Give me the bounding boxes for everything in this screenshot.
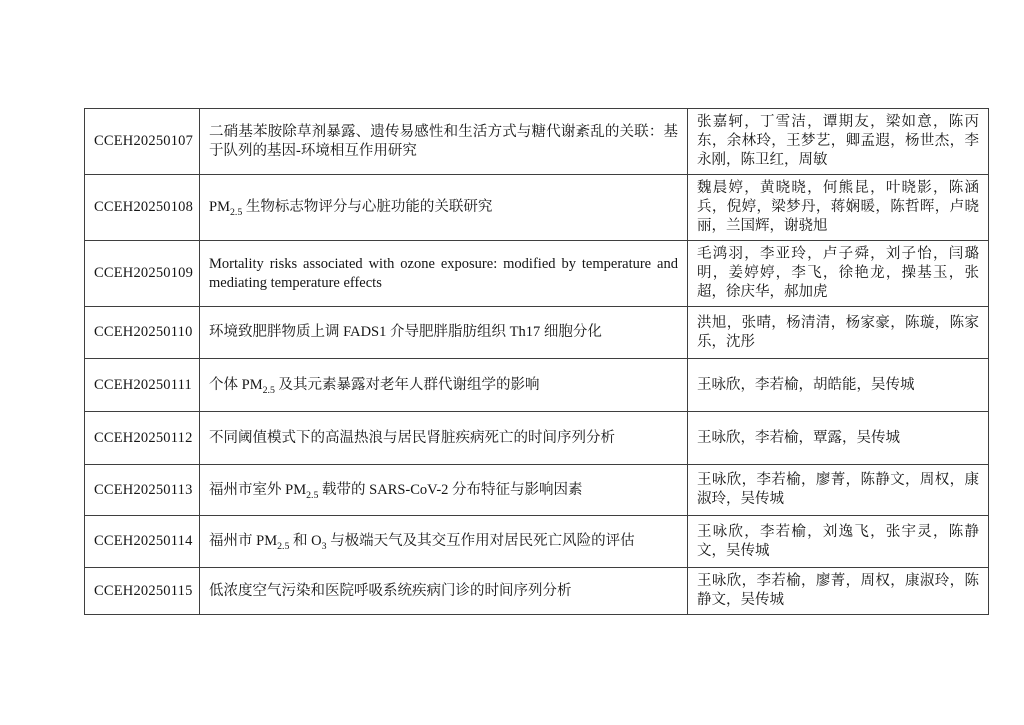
submission-authors: 王咏欣，李若榆，胡皓能，吴传城 xyxy=(688,359,989,412)
submission-id: CCEH20250114 xyxy=(85,516,200,568)
submission-authors: 洪旭，张晴，杨清清，杨家豪，陈璇，陈家乐，沈彤 xyxy=(688,307,989,359)
submission-authors: 王咏欣，李若榆，覃露，吴传城 xyxy=(688,412,989,465)
submissions-table-body: CCEH20250107 二硝基苯胺除草剂暴露、遗传易感性和生活方式与糖代谢紊乱… xyxy=(85,109,989,615)
submission-title: 福州市 PM2.5 和 O3 与极端天气及其交互作用对居民死亡风险的评估 xyxy=(200,516,688,568)
submission-id: CCEH20250115 xyxy=(85,568,200,615)
document-page: CCEH20250107 二硝基苯胺除草剂暴露、遗传易感性和生活方式与糖代谢紊乱… xyxy=(0,0,1024,725)
submission-title: PM2.5 生物标志物评分与心脏功能的关联研究 xyxy=(200,175,688,241)
submission-authors: 王咏欣，李若榆，廖菁，陈静文，周权，康淑玲，吴传城 xyxy=(688,465,989,516)
submission-id: CCEH20250109 xyxy=(85,241,200,307)
table-row: CCEH20250115 低浓度空气污染和医院呼吸系统疾病门诊的时间序列分析 王… xyxy=(85,568,989,615)
submission-id: CCEH20250112 xyxy=(85,412,200,465)
submission-title: 低浓度空气污染和医院呼吸系统疾病门诊的时间序列分析 xyxy=(200,568,688,615)
submission-title: 不同阈值模式下的高温热浪与居民肾脏疾病死亡的时间序列分析 xyxy=(200,412,688,465)
submissions-table: CCEH20250107 二硝基苯胺除草剂暴露、遗传易感性和生活方式与糖代谢紊乱… xyxy=(84,108,989,615)
submission-id: CCEH20250107 xyxy=(85,109,200,175)
submission-id: CCEH20250113 xyxy=(85,465,200,516)
table-row: CCEH20250112 不同阈值模式下的高温热浪与居民肾脏疾病死亡的时间序列分… xyxy=(85,412,989,465)
table-row: CCEH20250110 环境致肥胖物质上调 FADS1 介导肥胖脂肪组织 Th… xyxy=(85,307,989,359)
table-row: CCEH20250107 二硝基苯胺除草剂暴露、遗传易感性和生活方式与糖代谢紊乱… xyxy=(85,109,989,175)
submission-authors: 张嘉轲，丁雪洁，谭期友，梁如意，陈丙东，余林玲，王梦艺，卿孟遐，杨世杰，李永刚，… xyxy=(688,109,989,175)
submission-authors: 魏晨婷，黄晓晓，何熊昆，叶晓影，陈涵兵，倪婷，梁梦丹，蒋娴暖，陈哲晖，卢晓丽，兰… xyxy=(688,175,989,241)
submission-title: 福州市室外 PM2.5 载带的 SARS-CoV-2 分布特征与影响因素 xyxy=(200,465,688,516)
submission-authors: 毛鸿羽，李亚玲，卢子舜，刘子怡，闫璐明，姜婷婷，李飞，徐艳龙，操基玉，张超，徐庆… xyxy=(688,241,989,307)
table-row: CCEH20250109 Mortality risks associated … xyxy=(85,241,989,307)
table-row: CCEH20250113 福州市室外 PM2.5 载带的 SARS-CoV-2 … xyxy=(85,465,989,516)
submission-title: 环境致肥胖物质上调 FADS1 介导肥胖脂肪组织 Th17 细胞分化 xyxy=(200,307,688,359)
submission-id: CCEH20250111 xyxy=(85,359,200,412)
table-row: CCEH20250111 个体 PM2.5 及其元素暴露对老年人群代谢组学的影响… xyxy=(85,359,989,412)
submission-title: Mortality risks associated with ozone ex… xyxy=(200,241,688,307)
submission-title: 二硝基苯胺除草剂暴露、遗传易感性和生活方式与糖代谢紊乱的关联：基于队列的基因-环… xyxy=(200,109,688,175)
submission-authors: 王咏欣，李若榆，刘逸飞，张宇灵，陈静文，吴传城 xyxy=(688,516,989,568)
submission-title: 个体 PM2.5 及其元素暴露对老年人群代谢组学的影响 xyxy=(200,359,688,412)
table-row: CCEH20250114 福州市 PM2.5 和 O3 与极端天气及其交互作用对… xyxy=(85,516,989,568)
submission-id: CCEH20250108 xyxy=(85,175,200,241)
table-row: CCEH20250108 PM2.5 生物标志物评分与心脏功能的关联研究 魏晨婷… xyxy=(85,175,989,241)
submission-id: CCEH20250110 xyxy=(85,307,200,359)
submission-authors: 王咏欣，李若榆，廖菁，周权，康淑玲，陈静文，吴传城 xyxy=(688,568,989,615)
